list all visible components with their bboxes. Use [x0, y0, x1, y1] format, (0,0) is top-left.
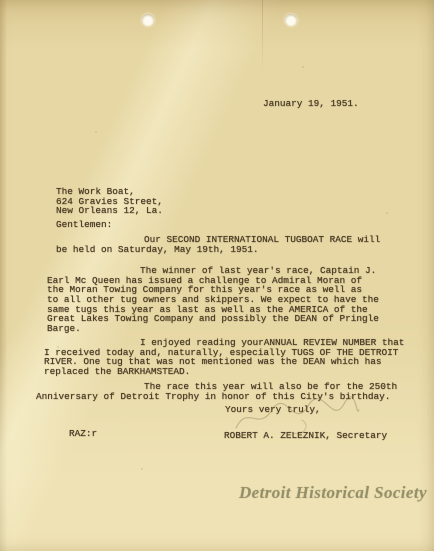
paper-speck	[95, 131, 97, 133]
paper-speck	[141, 468, 143, 470]
body-line: Great Lakes Towing Company and possibly …	[47, 314, 379, 324]
recipient-address: The Work Boat, 624 Gravies Street, New O…	[56, 187, 163, 216]
letter-page: January 19, 1951. The Work Boat, 624 Gra…	[0, 0, 434, 551]
paragraph-2: The winner of last year's race, Captain …	[47, 266, 379, 334]
paragraph-3: I enjoyed reading yourANNUAL REVIEW NUMB…	[44, 338, 404, 377]
signature-name: ROBERT A. ZELEZNIK, Secretary	[224, 431, 387, 441]
body-line: be held on Saturday, May 19th, 1951.	[56, 245, 380, 255]
paper-speck	[302, 66, 304, 68]
paper-speck	[386, 212, 388, 214]
punch-hole-right	[285, 14, 297, 26]
paper-crease	[262, 0, 263, 72]
punch-hole-left	[142, 14, 154, 26]
body-line: Barge.	[47, 324, 379, 334]
recipient-line: New Orleans 12, La.	[56, 206, 163, 216]
archive-watermark: Detroit Historical Society	[239, 483, 427, 503]
letter-date: January 19, 1951.	[263, 99, 359, 109]
typist-initials: RAZ:r	[69, 429, 97, 439]
salutation: Gentlemen:	[56, 220, 112, 230]
body-line: replaced the BARKHAMSTEAD.	[44, 367, 404, 377]
paragraph-1: Our SECOND INTERNATIONAL TUGBOAT RACE wi…	[56, 235, 380, 254]
